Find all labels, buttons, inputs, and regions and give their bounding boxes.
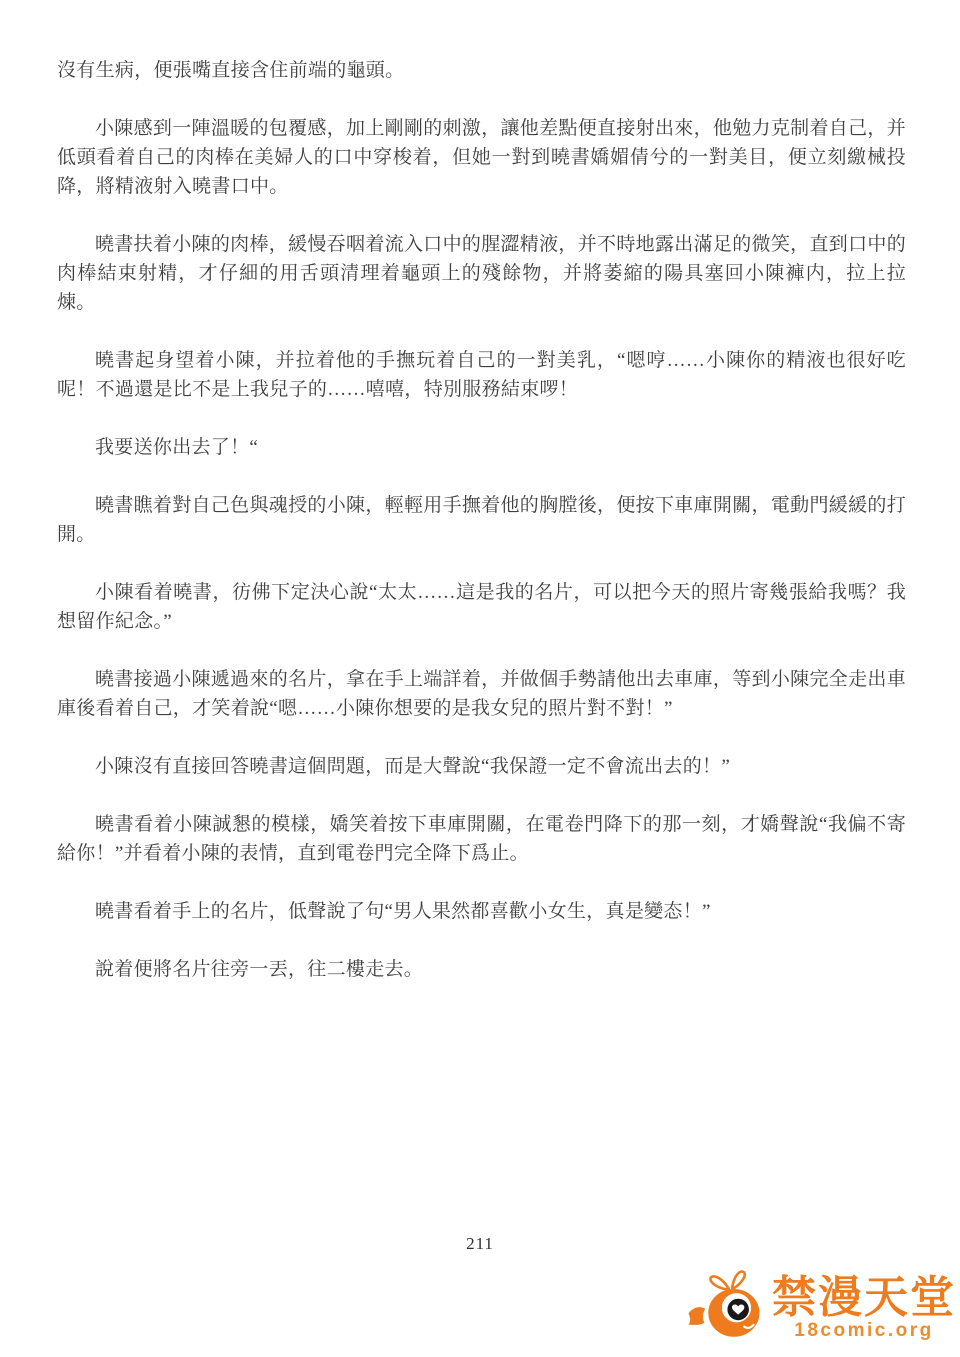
watermark-site-name: 禁漫天堂	[772, 1275, 956, 1321]
document-page: 沒有生病，便張嘴直接含住前端的龜頭。 小陳感到一陣溫暖的包覆感，加上剛剛的刺激，…	[0, 0, 960, 1357]
paragraph: 小陳感到一陣溫暖的包覆感，加上剛剛的刺激，讓他差點便直接射出來，他勉力克制着自己…	[57, 114, 906, 201]
paragraph: 曉書瞧着對自己色與魂授的小陳，輕輕用手撫着他的胸膛後，便按下車庫開關，電動門緩緩…	[57, 491, 906, 549]
paragraph: 曉書接過小陳遞過來的名片，拿在手上端詳着，并做個手勢請他出去車庫，等到小陳完全走…	[57, 665, 906, 723]
paragraph: 小陳看着曉書，彷佛下定決心說“太太……這是我的名片，可以把今天的照片寄幾張給我嗎…	[57, 578, 906, 636]
whale-mascot-icon	[684, 1262, 770, 1355]
paragraph: 沒有生病，便張嘴直接含住前端的龜頭。	[57, 56, 906, 85]
watermark-text: 禁漫天堂 18comic.org	[772, 1275, 956, 1342]
page-number: 211	[0, 1234, 960, 1254]
paragraph: 小陳沒有直接回答曉書這個問題，而是大聲說“我保證一定不會流出去的！”	[57, 752, 906, 781]
paragraph: 曉書看着手上的名片，低聲說了句“男人果然都喜歡小女生，真是變态！”	[57, 897, 906, 926]
paragraph: 說着便將名片往旁一丟，往二樓走去。	[57, 955, 906, 984]
paragraph: 曉書扶着小陳的肉棒，緩慢吞咽着流入口中的腥澀精液，并不時地露出滿足的微笑，直到口…	[57, 230, 906, 317]
page-text: 沒有生病，便張嘴直接含住前端的龜頭。 小陳感到一陣溫暖的包覆感，加上剛剛的刺激，…	[57, 56, 906, 1013]
watermark-site-url: 18comic.org	[794, 1321, 933, 1342]
paragraph: 曉書起身望着小陳，并拉着他的手撫玩着自己的一對美乳，“嗯哼……小陳你的精液也很好…	[57, 346, 906, 404]
paragraph: 我要送你出去了！“	[57, 433, 906, 462]
watermark: 禁漫天堂 18comic.org	[684, 1262, 956, 1355]
paragraph: 曉書看着小陳誠懇的模樣，嬌笑着按下車庫開關，在電卷門降下的那一刻，才嬌聲說“我偏…	[57, 810, 906, 868]
